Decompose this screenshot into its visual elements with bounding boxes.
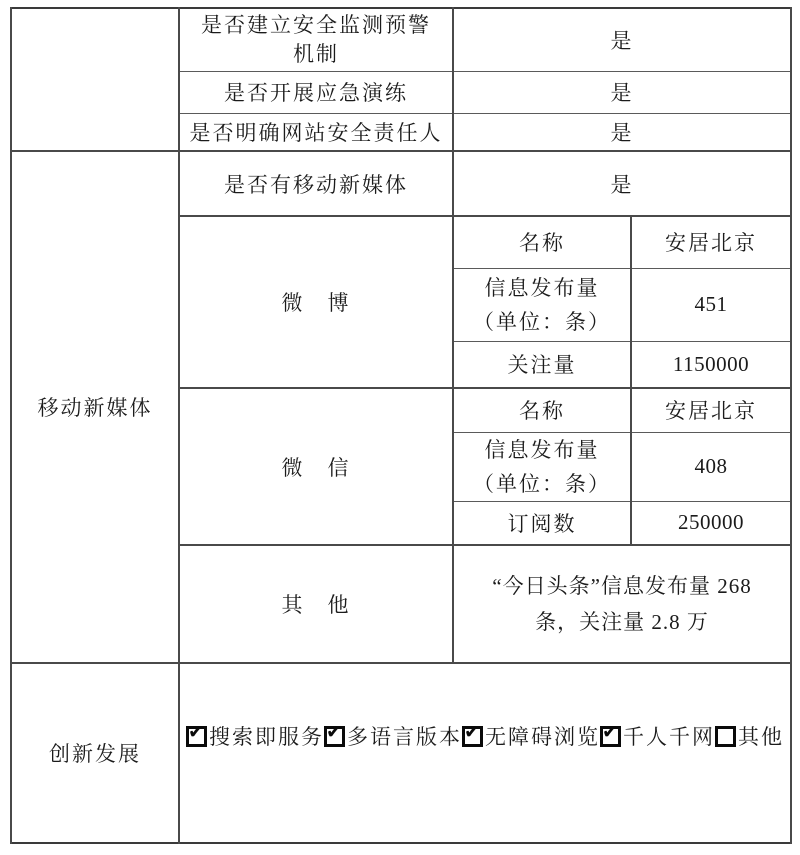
mobile-media-has-label: 是否有移动新媒体	[179, 151, 453, 216]
report-page: 是否建立安全监测预警 机制 是 是否开展应急演练 是 是否明确网站安全责任人 是…	[0, 0, 800, 855]
security-monitor-value: 是	[453, 8, 791, 71]
innovation-option-label: 无障碍浏览	[485, 721, 600, 751]
innovation-option: ✔ 其他	[715, 721, 784, 751]
weibo-followers-value: 1150000	[631, 341, 791, 388]
checkbox-barrier-free-browsing[interactable]: ✔	[462, 726, 483, 747]
innovation-option-label: 搜索即服务	[209, 721, 324, 751]
section-label-mobile-media: 移动新媒体	[11, 151, 179, 663]
checkbox-multilingual-version[interactable]: ✔	[324, 726, 345, 747]
checkbox-personalized-web[interactable]: ✔	[600, 726, 621, 747]
other-media-value: “今日头条”信息发布量 268 条，关注量 2.8 万	[453, 545, 791, 663]
weibo-label: 微 博	[179, 216, 453, 388]
weibo-followers-label: 关注量	[453, 341, 631, 388]
innovation-options-line: ✔ 搜索即服务 ✔ 多语言版本 ✔ 无障碍浏览 ✔	[184, 721, 786, 751]
checkmark-icon: ✔	[326, 723, 342, 742]
security-monitor-label: 是否建立安全监测预警 机制	[179, 8, 453, 71]
checkmark-icon: ✔	[464, 723, 480, 742]
checkbox-search-service[interactable]: ✔	[186, 726, 207, 747]
weibo-posts-label: 信息发布量 （单位：条）	[453, 268, 631, 341]
wechat-posts-label: 信息发布量 （单位：条）	[453, 432, 631, 501]
checkmark-icon: ✔	[188, 723, 204, 742]
annual-report-table: 是否建立安全监测预警 机制 是 是否开展应急演练 是 是否明确网站安全责任人 是…	[10, 7, 792, 844]
innovation-option: ✔ 多语言版本	[324, 721, 462, 751]
other-media-label: 其 他	[179, 545, 453, 663]
security-officer-value: 是	[453, 113, 791, 151]
security-officer-label: 是否明确网站安全责任人	[179, 113, 453, 151]
wechat-name-label: 名称	[453, 388, 631, 432]
security-drill-label: 是否开展应急演练	[179, 71, 453, 113]
mobile-media-has-value: 是	[453, 151, 791, 216]
wechat-posts-value: 408	[631, 432, 791, 501]
innovation-option: ✔ 无障碍浏览	[462, 721, 600, 751]
innovation-option-label: 多语言版本	[347, 721, 462, 751]
innovation-options-cell: ✔ 搜索即服务 ✔ 多语言版本 ✔ 无障碍浏览 ✔	[179, 663, 791, 843]
innovation-option-label: 千人千网	[623, 721, 715, 751]
checkmark-icon: ✔	[602, 723, 618, 742]
section-label-innovation: 创新发展	[11, 663, 179, 843]
weibo-posts-value: 451	[631, 268, 791, 341]
weibo-name-label: 名称	[453, 216, 631, 268]
prev-section-empty-cell	[11, 8, 179, 151]
wechat-name-value: 安居北京	[631, 388, 791, 432]
innovation-option: ✔ 搜索即服务	[186, 721, 324, 751]
weibo-name-value: 安居北京	[631, 216, 791, 268]
innovation-option-label: 其他	[738, 721, 784, 751]
innovation-option: ✔ 千人千网	[600, 721, 715, 751]
wechat-subs-value: 250000	[631, 501, 791, 545]
security-drill-value: 是	[453, 71, 791, 113]
checkbox-other[interactable]: ✔	[715, 726, 736, 747]
wechat-label: 微 信	[179, 388, 453, 545]
wechat-subs-label: 订阅数	[453, 501, 631, 545]
